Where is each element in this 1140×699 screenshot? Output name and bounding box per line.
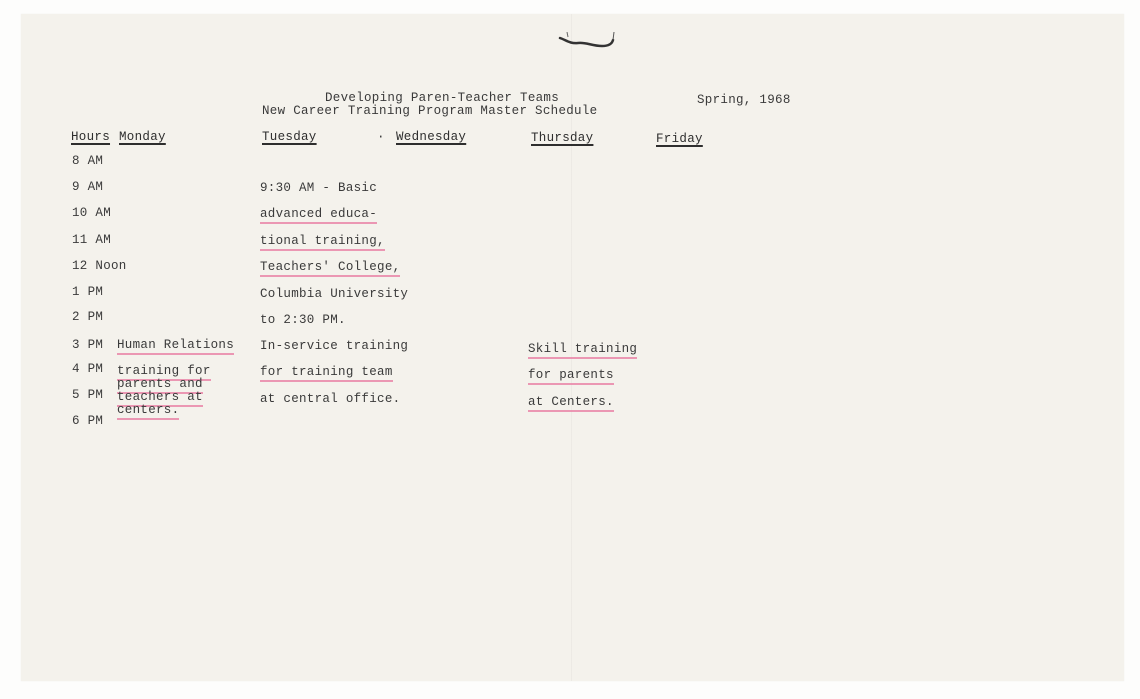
tuesday-am-line-4: Teachers' College, [260,260,400,274]
tuesday-am-line-2: advanced educa- [260,207,377,221]
tuesday-am-line-5: Columbia University [260,287,408,301]
doc-term: Spring, 1968 [697,93,791,107]
hour-12noon: 12 Noon [72,259,127,273]
hour-4pm: 4 PM [72,362,103,376]
tuesday-am-line-3: tional training, [260,234,385,248]
hour-6pm: 6 PM [72,414,103,428]
thursday-line-2: for parents [528,368,614,382]
monday-line-2: training for [117,364,211,378]
col-header-hours: Hours [71,130,110,144]
hour-2pm: 2 PM [72,310,103,324]
hour-1pm: 1 PM [72,285,103,299]
monday-line-5: centers. [117,403,179,417]
hour-10am: 10 AM [72,206,111,220]
tuesday-am-line-6: to 2:30 PM. [260,313,346,327]
col-header-thursday: Thursday [531,131,593,145]
ink-smudge-icon [558,32,616,50]
thursday-line-3: at Centers. [528,395,614,409]
hour-9am: 9 AM [72,180,103,194]
tuesday-am-line-1: 9:30 AM - Basic [260,181,377,195]
tuesday-pm-line-2: for training team [260,365,393,379]
tuesday-pm-line-3: at central office. [260,392,400,406]
monday-line-1: Human Relations [117,338,234,352]
tuesday-pm-line-1: In-service training [260,339,408,353]
monday-line-4: teachers at [117,390,203,404]
monday-line-3: parents and [117,377,203,391]
doc-title-line-2: New Career Training Program Master Sched… [262,104,597,118]
stray-dot: · [377,130,385,144]
doc-title-line-1: Developing Paren-Teacher Teams [325,91,559,105]
thursday-line-1: Skill training [528,342,637,356]
hour-5pm: 5 PM [72,388,103,402]
col-header-friday: Friday [656,132,703,146]
col-header-wednesday: Wednesday [396,130,466,144]
hour-3pm: 3 PM [72,338,103,352]
col-header-tuesday: Tuesday [262,130,317,144]
hour-8am: 8 AM [72,154,103,168]
col-header-monday: Monday [119,130,166,144]
hour-11am: 11 AM [72,233,111,247]
